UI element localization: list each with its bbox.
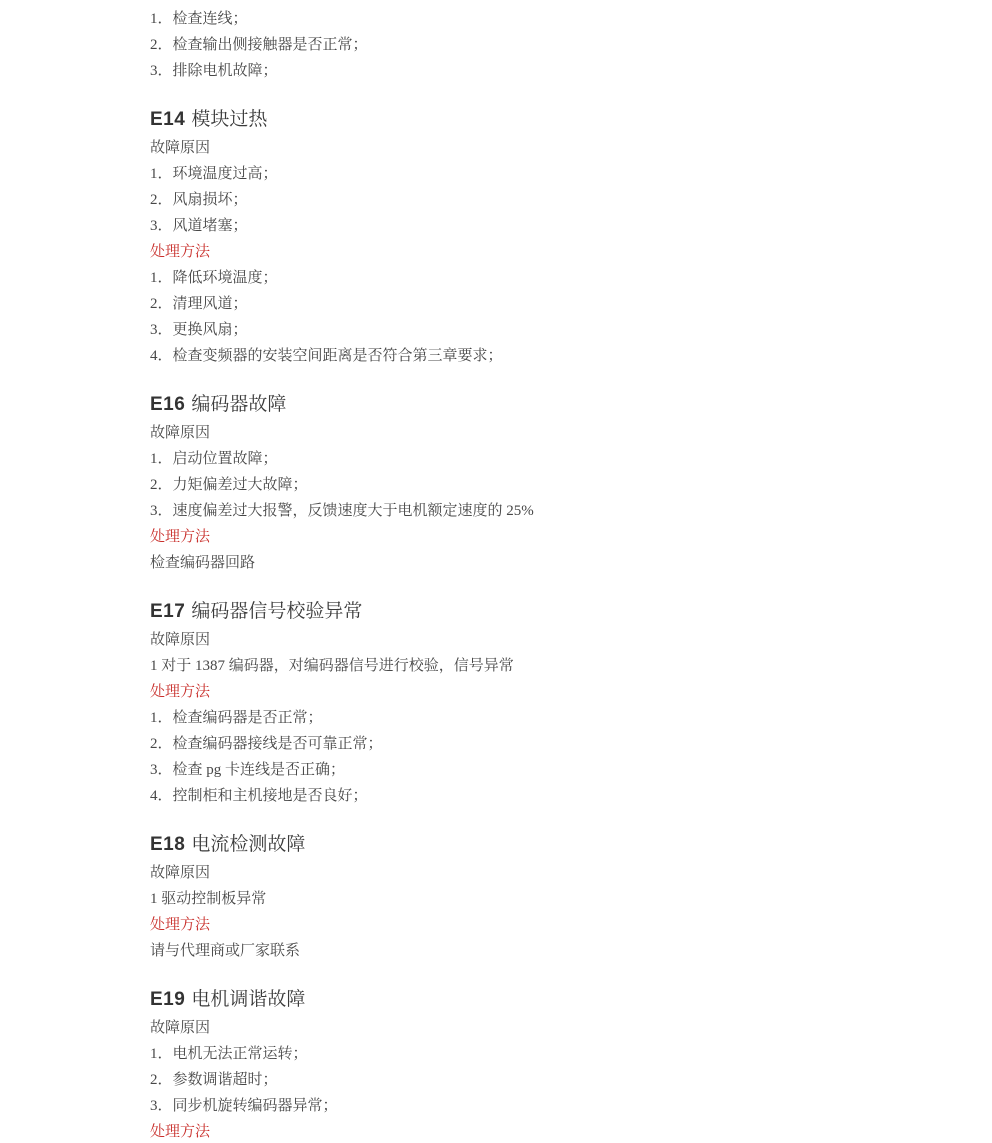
cause-label: 故障原因 [150, 135, 952, 161]
manual-page: 1．检查连线； 2．检查输出侧接触器是否正常； 3．排除电机故障； E14模块过… [0, 0, 992, 1143]
error-code: E17 [150, 601, 185, 622]
cause-item: 1 驱动控制板异常 [150, 886, 952, 912]
solution-item: 4．控制柜和主机接地是否良好； [150, 783, 952, 809]
error-title: 电机调谐故障 [191, 989, 305, 1010]
section-heading: E17编码器信号校验异常 [150, 596, 952, 627]
error-title: 编码器信号校验异常 [191, 601, 362, 622]
section-heading: E18电流检测故障 [150, 829, 952, 860]
solution-item: 1．降低环境温度； [150, 265, 952, 291]
cause-item: 2．风扇损坏； [150, 187, 952, 213]
cause-label: 故障原因 [150, 420, 952, 446]
cause-item: 3．风道堵塞； [150, 213, 952, 239]
solution-label: 处理方法 [150, 679, 952, 705]
error-code: E19 [150, 989, 185, 1010]
cause-label: 故障原因 [150, 860, 952, 886]
section-heading: E16编码器故障 [150, 389, 952, 420]
section-e19: E19电机调谐故障 故障原因 1．电机无法正常运转； 2．参数调谐超时； 3．同… [150, 984, 952, 1143]
solution-item: 检查编码器回路 [150, 550, 952, 576]
section-e17: E17编码器信号校验异常 故障原因 1 对于 1387 编码器，对编码器信号进行… [150, 596, 952, 809]
list-item: 1．检查连线； [150, 6, 952, 32]
section-e16: E16编码器故障 故障原因 1．启动位置故障； 2．力矩偏差过大故障； 3．速度… [150, 389, 952, 576]
section-heading: E19电机调谐故障 [150, 984, 952, 1015]
error-title: 模块过热 [191, 109, 267, 130]
cause-item: 2．力矩偏差过大故障； [150, 472, 952, 498]
cause-label: 故障原因 [150, 627, 952, 653]
solution-item: 2．检查编码器接线是否可靠正常； [150, 731, 952, 757]
error-title: 电流检测故障 [191, 834, 305, 855]
previous-section-solutions: 1．检查连线； 2．检查输出侧接触器是否正常； 3．排除电机故障； [150, 6, 952, 84]
error-title: 编码器故障 [191, 394, 286, 415]
section-e14: E14模块过热 故障原因 1．环境温度过高； 2．风扇损坏； 3．风道堵塞； 处… [150, 104, 952, 369]
list-item: 2．检查输出侧接触器是否正常； [150, 32, 952, 58]
solution-item: 3．检查 pg 卡连线是否正确； [150, 757, 952, 783]
solution-item: 1．检查编码器是否正常； [150, 705, 952, 731]
section-e18: E18电流检测故障 故障原因 1 驱动控制板异常 处理方法 请与代理商或厂家联系 [150, 829, 952, 964]
solution-label: 处理方法 [150, 912, 952, 938]
cause-item: 1 对于 1387 编码器，对编码器信号进行校验，信号异常 [150, 653, 952, 679]
error-code: E14 [150, 109, 185, 130]
solution-item: 4．检查变频器的安装空间距离是否符合第三章要求； [150, 343, 952, 369]
cause-item: 2．参数调谐超时； [150, 1067, 952, 1093]
list-item: 3．排除电机故障； [150, 58, 952, 84]
error-code: E16 [150, 394, 185, 415]
cause-item: 3．速度偏差过大报警，反馈速度大于电机额定速度的 25% [150, 498, 952, 524]
cause-item: 3．同步机旋转编码器异常； [150, 1093, 952, 1119]
cause-item: 1．环境温度过高； [150, 161, 952, 187]
cause-label: 故障原因 [150, 1015, 952, 1041]
section-heading: E14模块过热 [150, 104, 952, 135]
solution-label: 处理方法 [150, 524, 952, 550]
solution-item: 3．更换风扇； [150, 317, 952, 343]
cause-item: 1．启动位置故障； [150, 446, 952, 472]
solution-label: 处理方法 [150, 1119, 952, 1143]
error-code: E18 [150, 834, 185, 855]
solution-label: 处理方法 [150, 239, 952, 265]
solution-item: 请与代理商或厂家联系 [150, 938, 952, 964]
cause-item: 1．电机无法正常运转； [150, 1041, 952, 1067]
solution-item: 2．清理风道； [150, 291, 952, 317]
